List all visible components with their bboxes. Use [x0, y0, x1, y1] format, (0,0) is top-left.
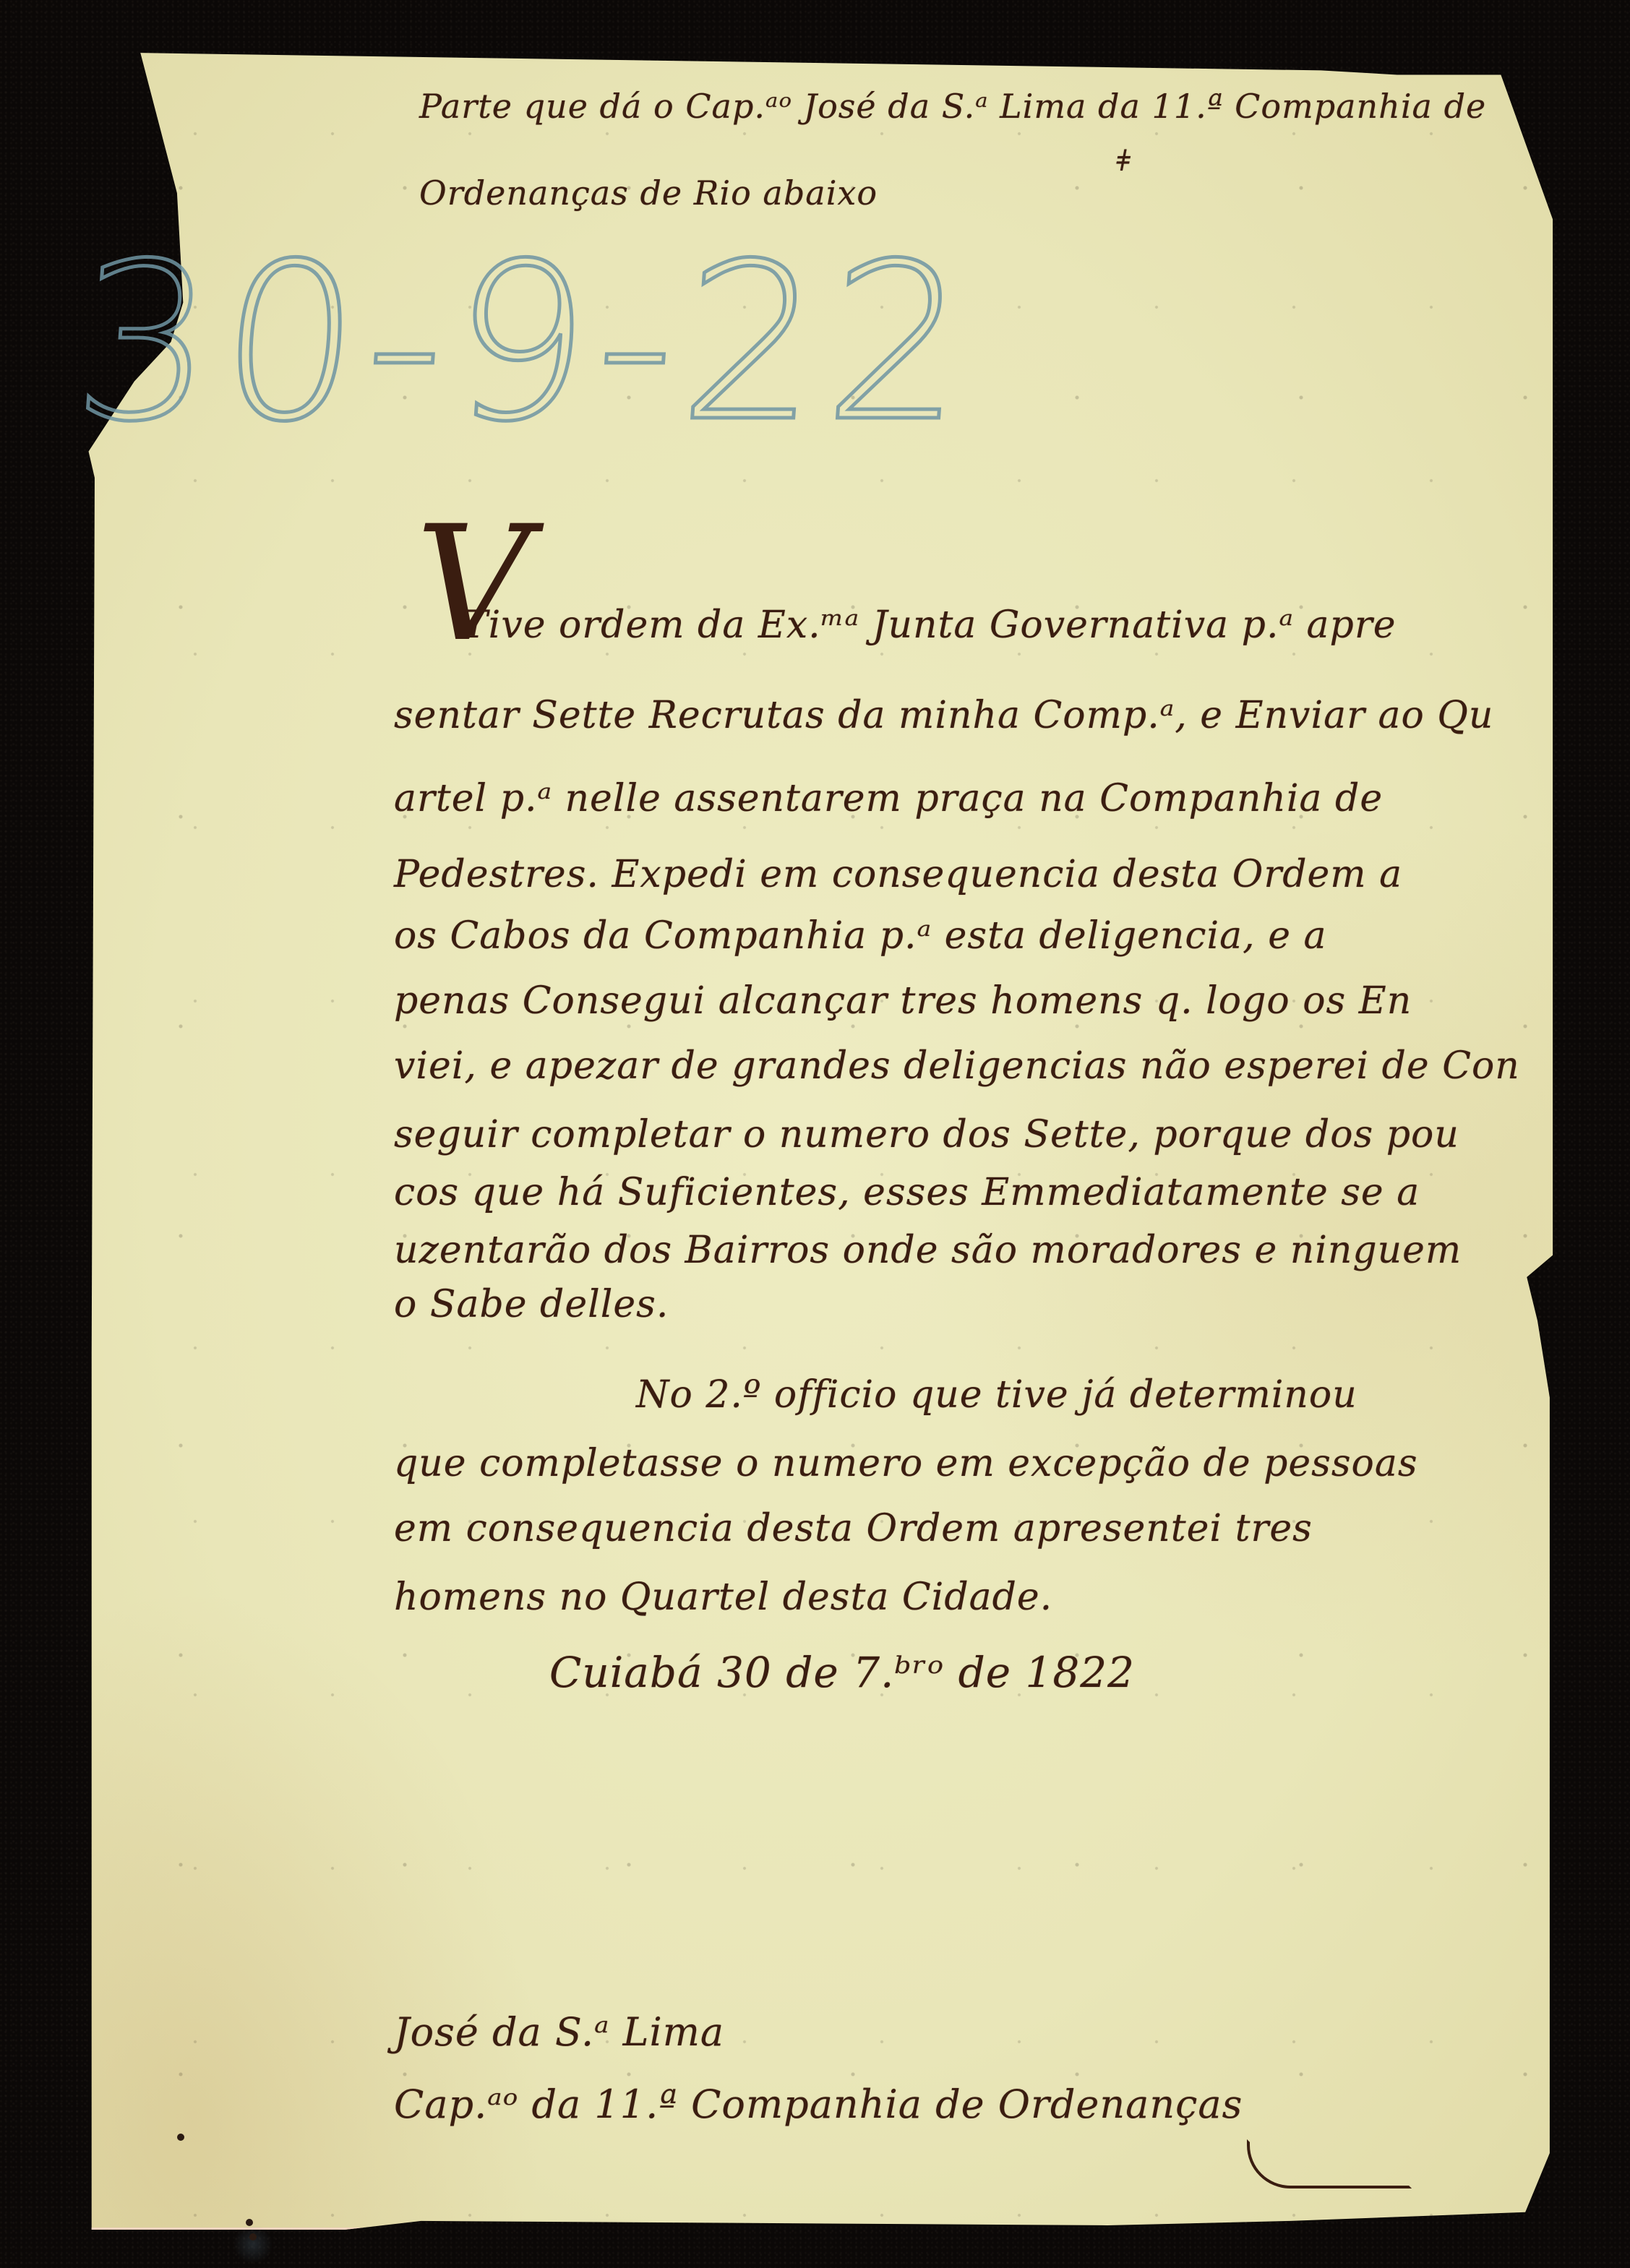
body-line: seguir completar o numero dos Sette, por…: [394, 1113, 1459, 1156]
paper-stain: [231, 2226, 275, 2262]
paper-speck: [249, 2233, 257, 2241]
body-line: os Cabos da Companhia p.ᵃ esta deligenci…: [394, 914, 1327, 958]
body-line: artel p.ᵃ nelle assentarem praça na Comp…: [394, 777, 1383, 820]
signature-name: José da S.ᵃ Lima: [394, 2009, 724, 2055]
header-line-1: Parte que dá o Cap.ᵃᵒ José da S.ᵃ Lima d…: [419, 87, 1486, 126]
body-line: penas Consegui alcançar tres homens q. l…: [394, 979, 1412, 1023]
body-line: viei, e apezar de grandes deligencias nã…: [394, 1044, 1520, 1088]
signature-flourish: [1247, 2139, 1412, 2188]
body-line: No 2.º officio que tive já determinou: [636, 1373, 1357, 1417]
signature-title: Cap.ᵃᵒ da 11.ª Companhia de Ordenanças: [394, 2082, 1243, 2127]
archive-date-annotation: 30-9-22: [67, 217, 982, 469]
paper-speck: [246, 2219, 253, 2226]
paper-speck: [177, 2134, 184, 2141]
body-line: sentar Sette Recrutas da minha Comp.ᵃ, e…: [394, 694, 1493, 737]
body-line: Pedestres. Expedi em consequencia desta …: [394, 853, 1402, 896]
body-line: cos que há Suficientes, esses Emmediatam…: [394, 1171, 1420, 1214]
body-line: uzentarão dos Bairros onde são moradores…: [394, 1229, 1462, 1272]
dateline: Cuiabá 30 de 7.ᵇʳᵒ de 1822: [549, 1648, 1135, 1697]
marginal-mark: ǂ: [1117, 145, 1131, 178]
header-line-2: Ordenanças de Rio abaixo: [419, 173, 878, 212]
body-line: que completasse o numero em excepção de …: [394, 1442, 1418, 1485]
body-line: homens no Quartel desta Cidade.: [394, 1576, 1052, 1619]
body-line: o Sabe delles.: [394, 1283, 669, 1326]
body-line: em consequencia desta Ordem apresentei t…: [394, 1507, 1313, 1550]
decorative-initial: V: [416, 491, 531, 676]
body-line: Tive ordem da Ex.ᵐᵃ Junta Governativa p.…: [463, 603, 1396, 647]
